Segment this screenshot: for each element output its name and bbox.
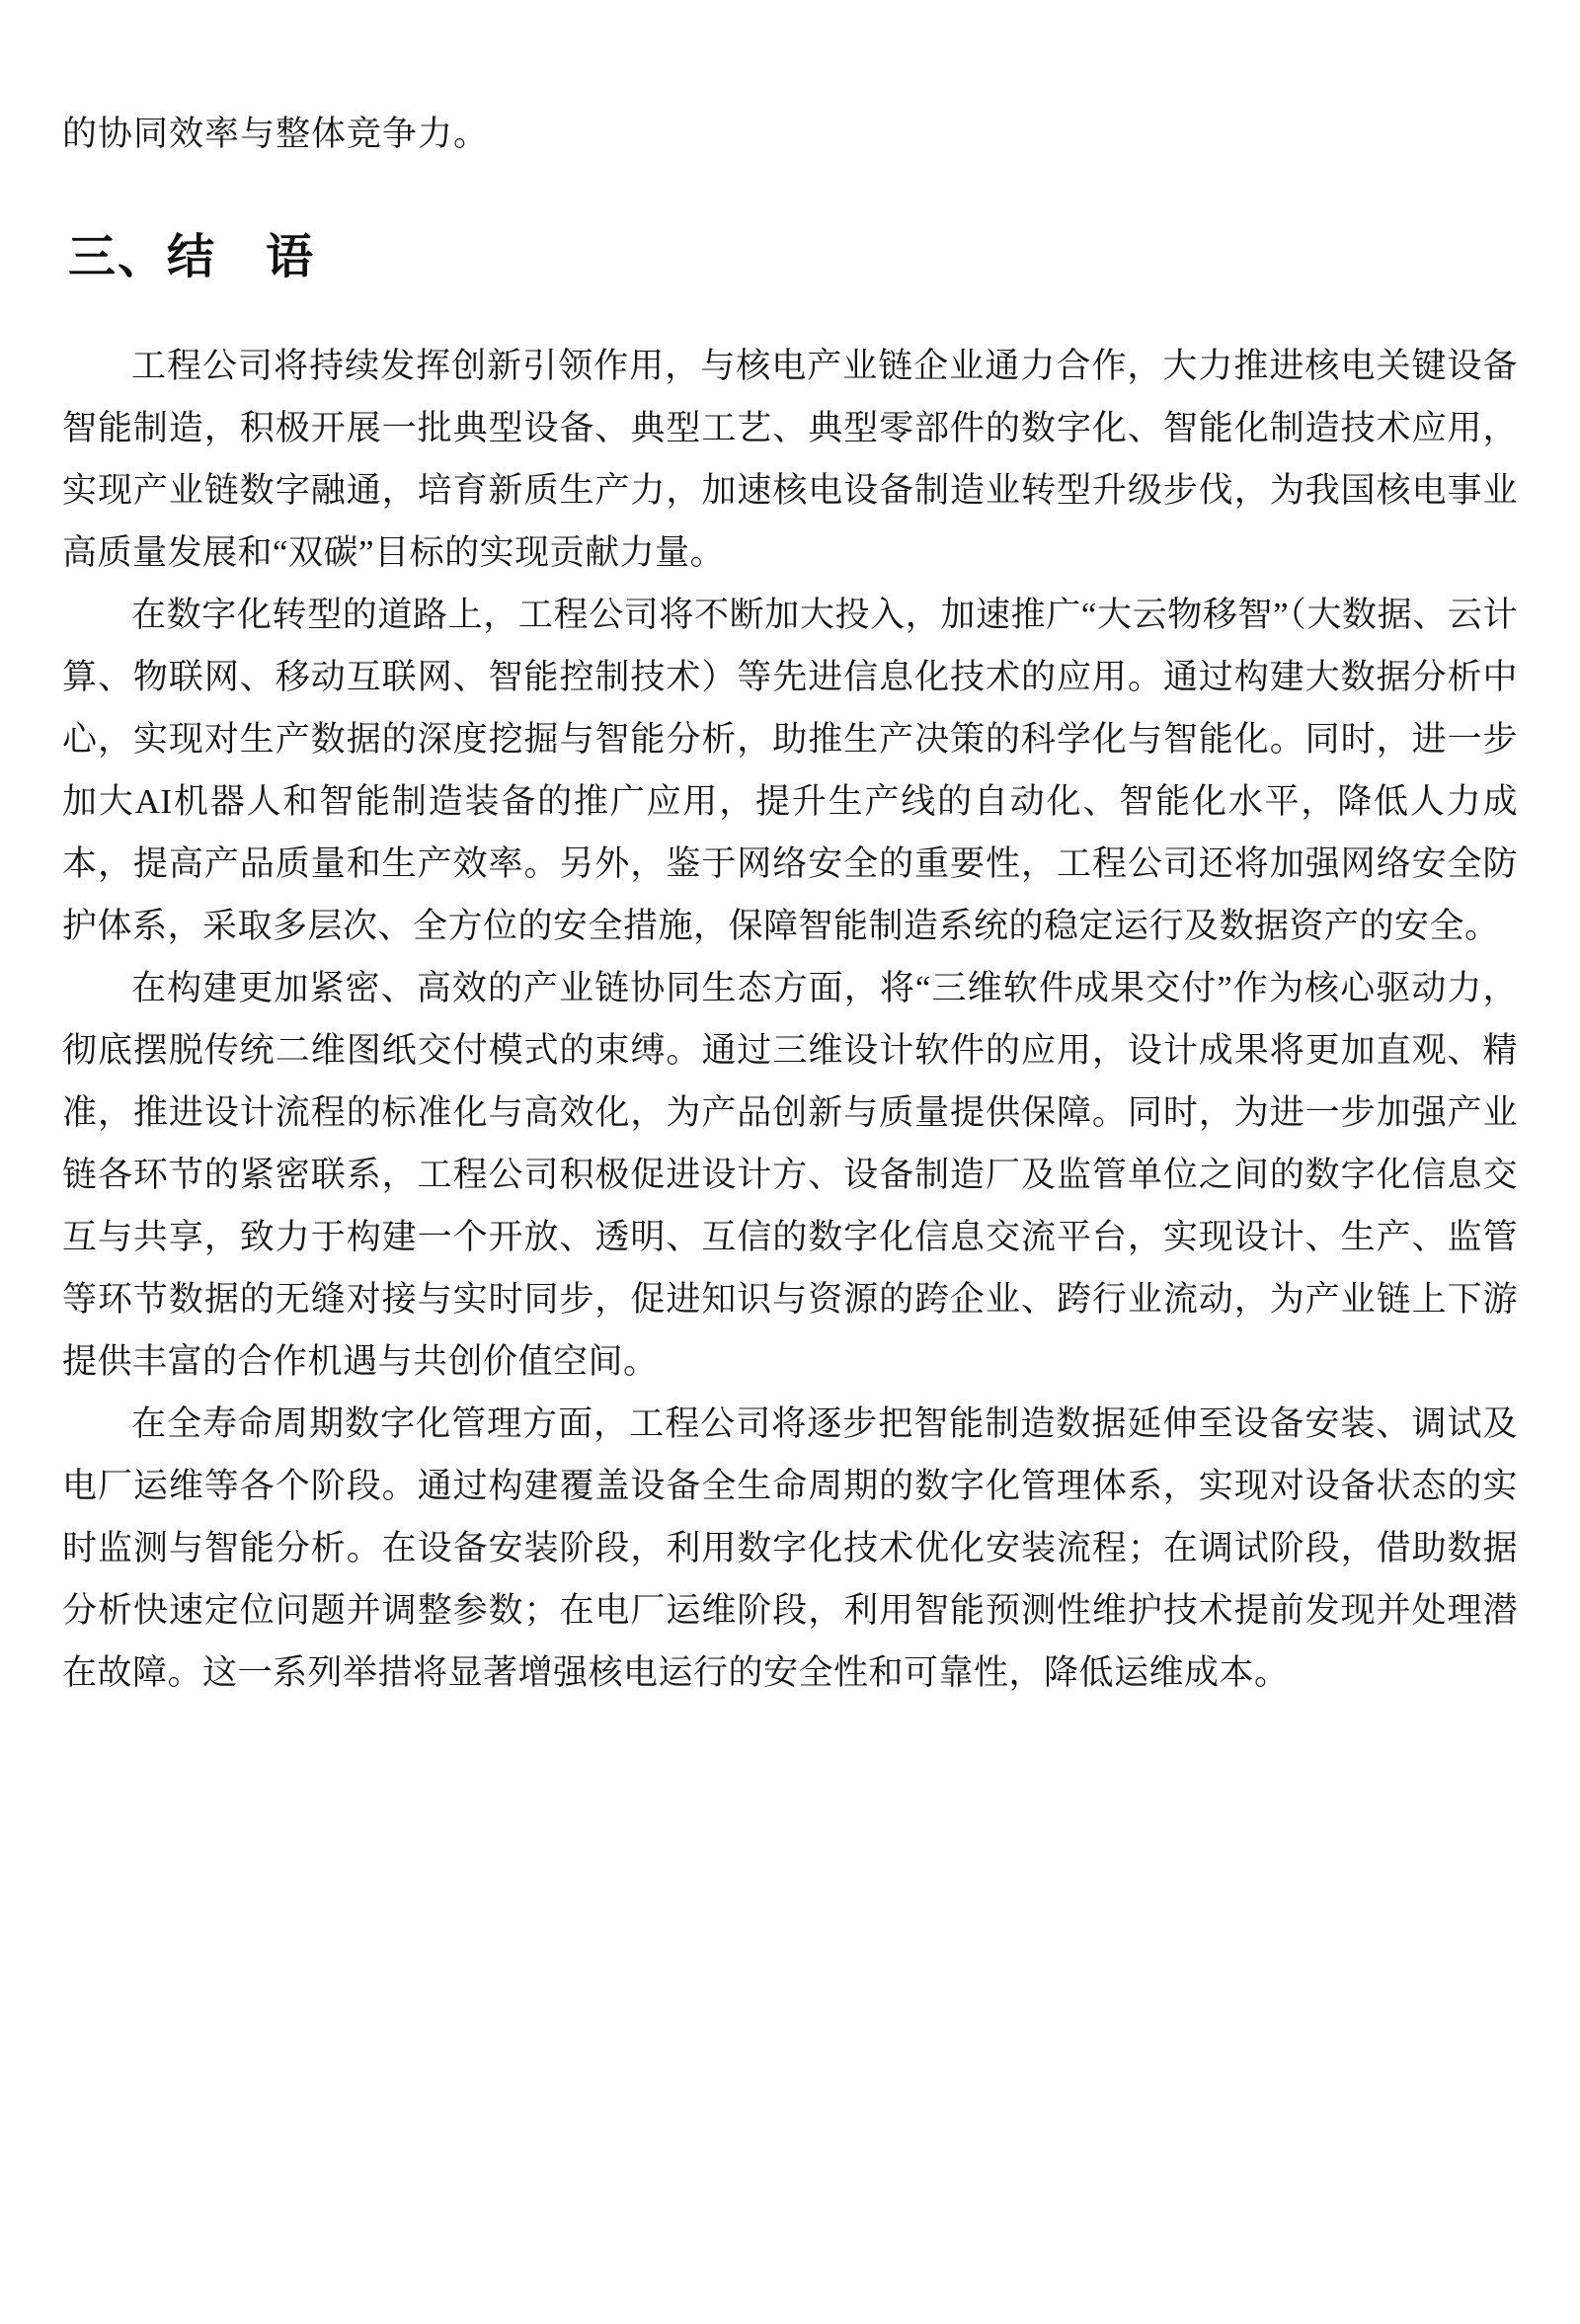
paragraph: 工程公司将持续发挥创新引领作用，与核电产业链企业通力合作，大力推进核电关键设备智… — [62, 335, 1518, 584]
section-heading: 三、结 语 — [68, 233, 1518, 282]
paragraph: 在构建更加紧密、高效的产业链协同生态方面，将“三维软件成果交付”作为核心驱动力，… — [62, 957, 1518, 1393]
paragraph: 在全寿命周期数字化管理方面，工程公司将逐步把智能制造数据延伸至设备安装、调试及电… — [62, 1393, 1518, 1704]
continuation-text: 的协同效率与整体竞争力。 — [62, 115, 1518, 154]
document-page: 的协同效率与整体竞争力。 三、结 语 工程公司将持续发挥创新引领作用，与核电产业… — [0, 115, 1580, 2324]
paragraph: 在数字化转型的道路上，工程公司将不断加大投入，加速推广“大云物移智”（大数据、云… — [62, 584, 1518, 957]
article-body: 工程公司将持续发挥创新引领作用，与核电产业链企业通力合作，大力推进核电关键设备智… — [62, 335, 1518, 1704]
